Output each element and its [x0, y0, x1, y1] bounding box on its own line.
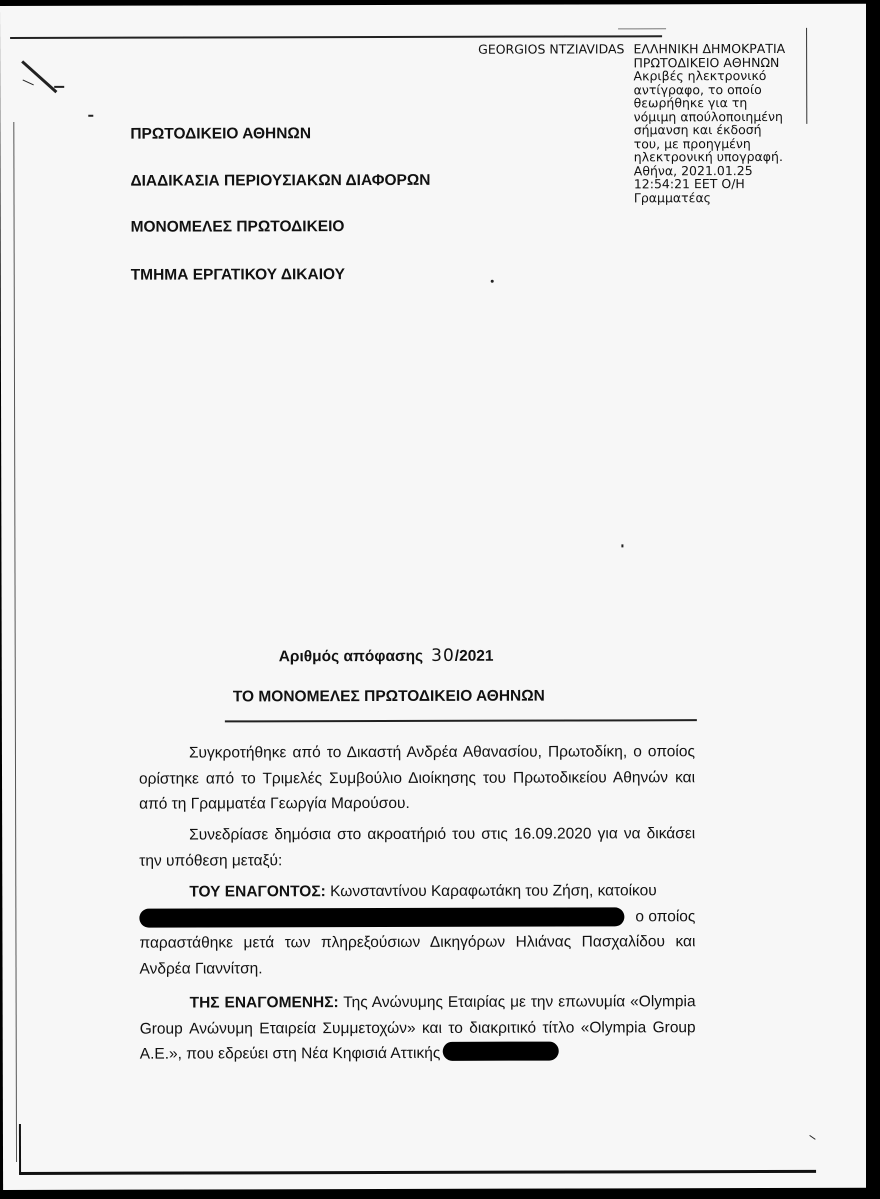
- stamp-line: Ακριβές ηλεκτρονικό: [634, 69, 786, 83]
- plaintiff-name: Κωνσταντίνου Καραφωτάκη του Ζήση, κατοίκ…: [330, 882, 657, 900]
- court-name: ΠΡΩΤΟΔΙΚΕΙΟ ΑΘΗΝΩΝ: [130, 125, 311, 143]
- stamp-border-line: [806, 28, 807, 124]
- ink-dot: [621, 544, 623, 547]
- plaintiff-text: ο οποίος: [635, 904, 695, 930]
- left-border-line: [13, 122, 17, 1162]
- paragraph-text: Συνεδρίασε δημόσια στο ακροατήριό του στ…: [139, 821, 695, 873]
- pen-mark: [809, 1135, 815, 1140]
- top-border-line: [10, 35, 662, 39]
- stamp-line: θεωρήθηκε για τη: [634, 96, 786, 110]
- ink-dot: [491, 280, 494, 283]
- top-border-line-tail: [618, 28, 666, 29]
- paragraph-session: Συνεδρίασε δημόσια στο ακροατήριό του στ…: [139, 821, 695, 873]
- plaintiff-label: ΤΟΥ ΕΝΑΓΟΝΤΟΣ:: [189, 883, 326, 900]
- redacted-address: [139, 907, 624, 927]
- paragraph-text: Συγκροτήθηκε από το Δικαστή Ανδρέα Αθανα…: [139, 739, 695, 817]
- staple-mark: [54, 86, 64, 88]
- defendant-label: ΤΗΣ ΕΝΑΓΟΜΕΝΗΣ:: [190, 994, 339, 1011]
- plaintiff-line-1: ΤΟΥ ΕΝΑΓΟΝΤΟΣ: Κωνσταντίνου Καραφωτάκη τ…: [139, 878, 695, 905]
- stamp-line: Γραμματέας: [634, 190, 786, 204]
- paragraph-plaintiff: ΤΟΥ ΕΝΑΓΟΝΤΟΣ: Κωνσταντίνου Καραφωτάκη τ…: [139, 878, 695, 981]
- electronic-signature-stamp: GEORGIOS NTZIAVIDAS ΕΛΛΗΝΙΚΗ ΔΗΜΟΚΡΑΤΙΑ …: [478, 42, 786, 205]
- decision-number-handwritten: 30: [431, 646, 455, 666]
- bottom-border-line: [19, 1170, 816, 1175]
- court-title: ΤΟ ΜΟΝΟΜΕΛΕΣ ΠΡΩΤΟΔΙΚΕΙΟ ΑΘΗΝΩΝ: [233, 688, 545, 707]
- paragraph-defendant: ΤΗΣ ΕΝΑΓΟΜΕΝΗΣ: Της Ανώνυμης Εταιρίας με…: [140, 989, 696, 1067]
- plaintiff-line-2: ο οποίος: [139, 904, 695, 931]
- plaintiff-representation: παραστάθηκε μετά των πληρεξούσιων Δικηγό…: [139, 929, 695, 981]
- stamp-line: σήμανση και έκδοσή: [634, 123, 786, 137]
- decision-year: /2021: [455, 648, 494, 665]
- stamp-line: 12:54:21 EET Ο/Η: [634, 177, 786, 191]
- court-department: ΤΜΗΜΑ ΕΡΓΑΤΙΚΟΥ ΔΙΚΑΙΟΥ: [131, 266, 345, 285]
- court-composition: ΜΟΝΟΜΕΛΕΣ ΠΡΩΤΟΔΙΚΕΙΟ: [131, 218, 345, 237]
- bottom-left-corner-line: [19, 1124, 21, 1174]
- pen-mark: [23, 79, 34, 85]
- document-page: GEORGIOS NTZIAVIDAS ΕΛΛΗΝΙΚΗ ΔΗΜΟΚΡΑΤΙΑ …: [0, 4, 871, 1190]
- paragraph-composition: Συγκροτήθηκε από το Δικαστή Ανδρέα Αθανα…: [139, 739, 695, 817]
- title-underline: [225, 719, 697, 722]
- redacted-address: [442, 1042, 558, 1061]
- decision-number: Αριθμός απόφασης30/2021: [279, 646, 494, 667]
- stamp-line: ηλεκτρονική υπογραφή.: [634, 150, 786, 164]
- scan-edge: [866, 0, 880, 1199]
- stamp-line: ΕΛΛΗΝΙΚΗ ΔΗΜΟΚΡΑΤΙΑ: [633, 42, 785, 56]
- defendant-text-block: ΤΗΣ ΕΝΑΓΟΜΕΝΗΣ: Της Ανώνυμης Εταιρίας με…: [140, 989, 696, 1067]
- pen-mark: [88, 115, 93, 117]
- procedure-type: ΔΙΑΔΙΚΑΣΙΑ ΠΕΡΙΟΥΣΙΑΚΩΝ ΔΙΑΦΟΡΩΝ: [130, 172, 430, 191]
- staple-mark: [21, 60, 57, 93]
- stamp-text: ΕΛΛΗΝΙΚΗ ΔΗΜΟΚΡΑΤΙΑ ΠΡΩΤΟΔΙΚΕΙΟ ΑΘΗΝΩΝ Α…: [633, 42, 785, 204]
- signer-name: GEORGIOS NTZIAVIDAS: [478, 42, 625, 204]
- decision-label: Αριθμός απόφασης: [279, 648, 423, 665]
